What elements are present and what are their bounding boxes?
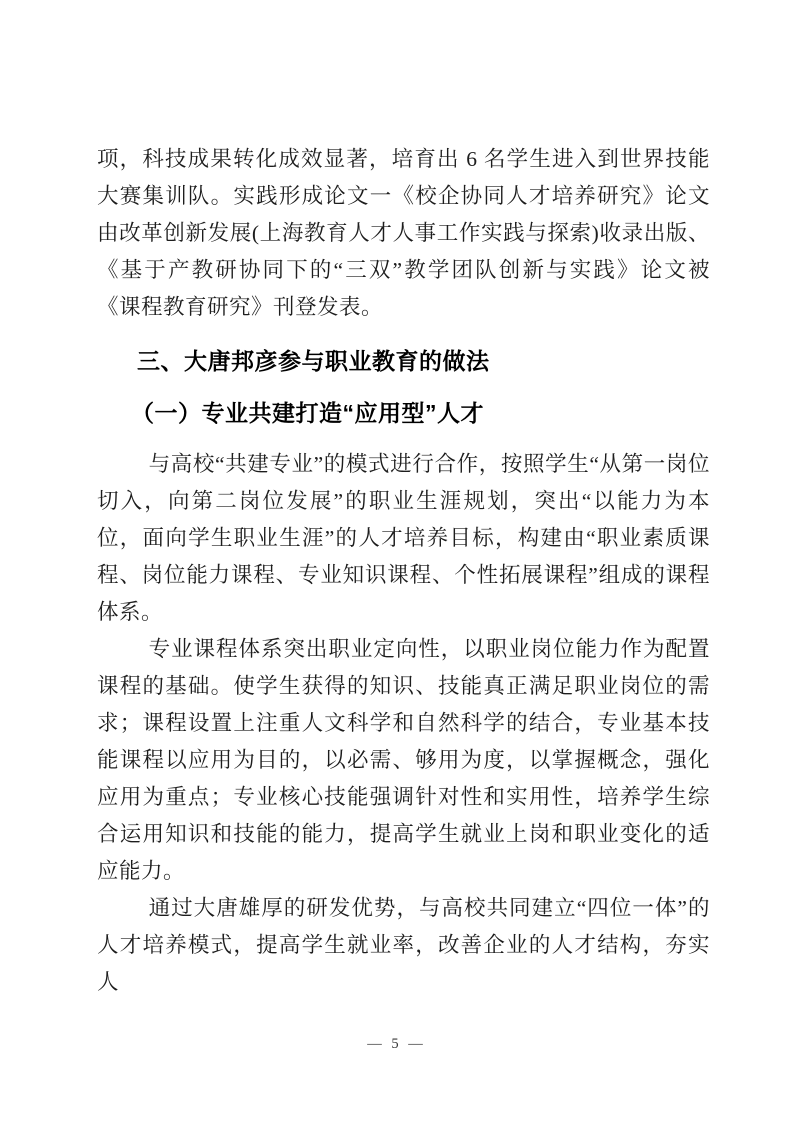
page-footer: — 5 — [0,1036,793,1053]
body-paragraph: 专业课程体系突出职业定向性，以职业岗位能力作为配置课程的基础。使学生获得的知识、… [97,631,710,890]
page-number: — 5 — [367,1036,426,1052]
body-paragraph: 项，科技成果转化成效显著，培育出 6 名学生进入到世界技能大赛集训队。实践形成论… [97,141,710,326]
subsection-heading: （一）专业共建打造“应用型”人才 [131,387,710,439]
body-paragraph: 与高校“共建专业”的模式进行合作，按照学生“从第一岗位切入，向第二岗位发展”的职… [97,446,710,631]
body-paragraph: 通过大唐雄厚的研发优势，与高校共同建立“四位一体”的人才培养模式，提高学生就业率… [97,890,710,1001]
page-content: 项，科技成果转化成效显著，培育出 6 名学生进入到世界技能大赛集训队。实践形成论… [97,141,710,1001]
section-heading: 三、大唐邦彦参与职业教育的做法 [137,335,710,387]
document-page: 项，科技成果转化成效显著，培育出 6 名学生进入到世界技能大赛集训队。实践形成论… [0,0,793,1122]
